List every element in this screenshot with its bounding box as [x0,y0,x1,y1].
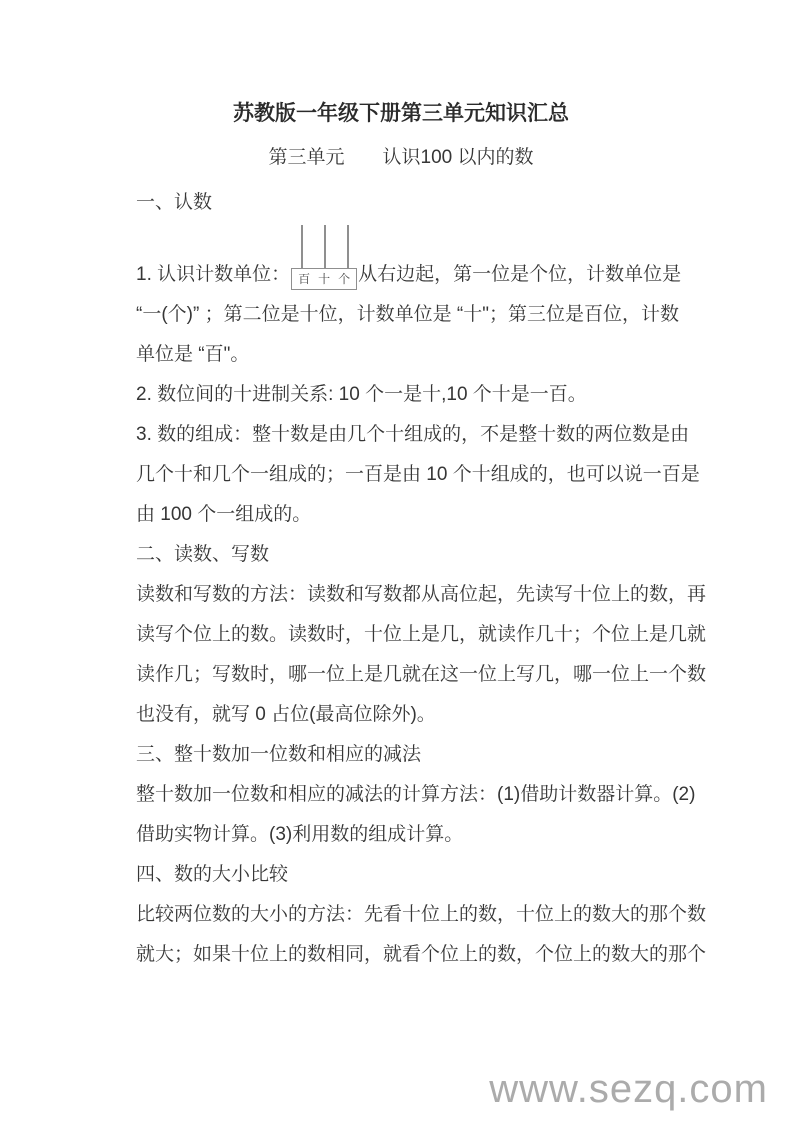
section-heading-2: 二、读数、写数 [136,535,666,575]
text-line: 单位是 “百"。 [136,335,666,375]
watermark: www.sezq.com [489,1067,768,1112]
place-value-chart: 百 十 个 [291,268,357,290]
text-line: 比较两位数的大小的方法：先看十位上的数，十位上的数大的那个数 [136,895,666,935]
text-line: 2. 数位间的十进制关系: 10 个一是十,10 个十是一百。 [136,375,666,415]
unit-subtitle: 第三单元 认识100 以内的数 [136,143,666,173]
place-value-ones-label: 个 [338,269,350,289]
text-line: 借助实物计算。(3)利用数的组成计算。 [136,815,666,855]
text-line: 几个十和几个一组成的；一百是由 10 个十组成的，也可以说一百是 [136,455,666,495]
text-block: 一、认数 1. 认识计数单位： 百 十 个 从右边起，第一位是个位，计数单位是 … [136,183,666,975]
text-line: 读数和写数的方法：读数和写数都从高位起，先读写十位上的数，再 [136,575,666,615]
section-heading-1: 一、认数 [136,183,666,223]
text-line: 读写个位上的数。读数时，十位上是几，就读作几十；个位上是几就 [136,615,666,655]
text-line: “一(个)” ；第二位是十位，计数单位是 “十"；第三位是百位，计数 [136,295,666,335]
section-heading-3: 三、整十数加一位数和相应的减法 [136,735,666,775]
text-line: 整十数加一位数和相应的减法的计算方法：(1)借助计数器计算。(2) [136,775,666,815]
section-heading-4: 四、数的大小比较 [136,855,666,895]
place-value-tens-label: 十 [318,269,330,289]
text-line: 也没有，就写 0 占位(最高位除外)。 [136,695,666,735]
document-page: { "document": { "title": "苏教版一年级下册第三单元知识… [0,0,800,1132]
text-line-counting-units: 1. 认识计数单位： 百 十 个 从右边起，第一位是个位，计数单位是 [136,255,666,295]
text-line-pre: 1. 认识计数单位： [136,264,290,285]
document-title: 苏教版一年级下册第三单元知识汇总 [136,99,666,129]
text-line: 读作几；写数时，哪一位上是几就在这一位上写几，哪一位上一个数 [136,655,666,695]
text-line-post: 从右边起，第一位是个位，计数单位是 [358,264,681,285]
text-line: 由 100 个一组成的。 [136,495,666,535]
counting-rod-icon [324,225,326,269]
text-line: 3. 数的组成：整十数是由几个十组成的，不是整十数的两位数是由 [136,415,666,455]
counting-rod-icon [347,225,349,269]
text-line: 就大；如果十位上的数相同，就看个位上的数，个位上的数大的那个 [136,935,666,975]
counting-rod-icon [301,225,303,269]
document-body: 苏教版一年级下册第三单元知识汇总 第三单元 认识100 以内的数 一、认数 1.… [136,0,666,975]
place-value-hundreds-label: 百 [298,269,310,289]
